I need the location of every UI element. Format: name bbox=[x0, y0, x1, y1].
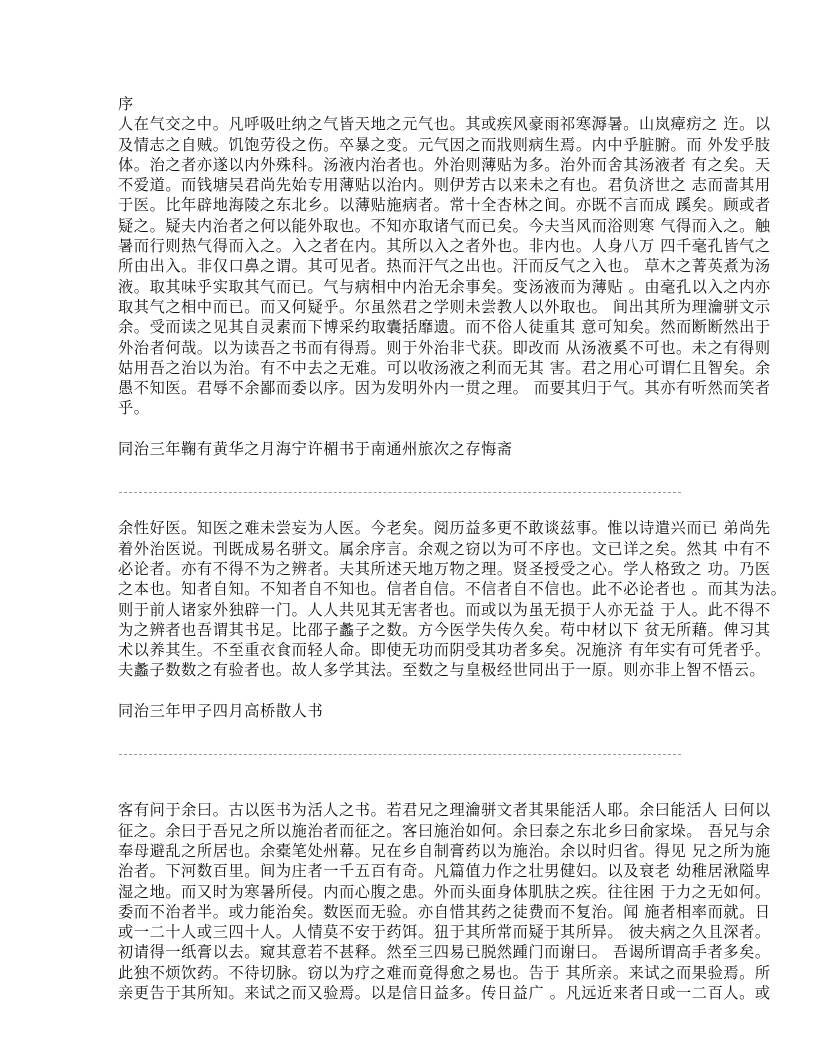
text-line: 姑用吾之治以为治。有不中去之无难。可以收汤液之利而无其 害。君之用心可谓仁且智矣… bbox=[118, 358, 698, 378]
preface-section-2: 余性好医。知医之难未尝妄为人医。今老矣。阅历益多更不敢谈兹事。惟以诗遣兴而已 弟… bbox=[118, 518, 698, 721]
text-line: 暑而行则热气得而入之。入之者在内。其所以入之者外也。非内也。人身八万 四千毫孔皆… bbox=[118, 236, 698, 256]
text-line: 取其气之相中而已。而又何疑乎。尔虽然君之学则未尝教人以外取也。 间出其所为理瀹骈… bbox=[118, 297, 698, 317]
text-line: 委而不治者半。或力能治矣。数医而无验。亦自惜其药之徒费而不复治。闻 施者相率而就… bbox=[118, 902, 698, 922]
text-line: 所由出入。非仅口鼻之谓。其可见者。热而汗气之出也。汗而反气之入也。 草木之菁英煮… bbox=[118, 256, 698, 276]
text-line: 余。受而读之见其自灵素而下博采约取囊括靡遗。而不俗人徒重其 意可知矣。然而断断然… bbox=[118, 317, 698, 337]
text-line: 之本也。知者自知。不知者自不知也。信者自信。不信者自不信也。此不必论者也 。而其… bbox=[118, 579, 698, 599]
text-line: 人在气交之中。凡呼吸吐纳之气皆天地之元气也。其或疾风豪雨祁寒溽暑。山岚瘴疠之 迕… bbox=[118, 114, 698, 134]
text-line: 奉母避乱之所居也。余橐笔处州幕。兄在乡自制膏药以为施治。余以时归省。得见 兄之所… bbox=[118, 841, 698, 861]
text-line: 术以养其生。不至重衣食而轻人命。即使无功而阴受其功者多矣。况施济 有年实有可凭者… bbox=[118, 640, 698, 660]
signature-line: 同治三年鞠有黄华之月海宁许楣书于南通州旅次之存悔斋 bbox=[118, 439, 698, 459]
text-line: 初请得一纸膏以去。窥其意若不甚释。然至三四易已脱然踵门而谢曰。 吾谒所谓高手者多… bbox=[118, 942, 698, 962]
document-page: 序 人在气交之中。凡呼吸吐纳之气皆天地之元气也。其或疾风豪雨祁寒溽暑。山岚瘴疠之… bbox=[118, 94, 698, 1003]
text-line: 余性好医。知医之难未尝妄为人医。今老矣。阅历益多更不敢谈兹事。惟以诗遣兴而已 弟… bbox=[118, 518, 698, 538]
text-line: 为之辨者也吾谓其书足。比邵子蠡子之数。方今医学失传久矣。苟中材以下 贫无所藉。俾… bbox=[118, 620, 698, 640]
text-line: 夫蠡子数数之有验者也。故人多学其法。至数之与皇极经世同出于一原。则亦非上智不悟云… bbox=[118, 660, 698, 680]
text-line: 则于前人诸家外独辟一门。人人共见其无害者也。而或以为虽无损于人亦无益 于人。此不… bbox=[118, 600, 698, 620]
text-line: 必论者。亦有不得不为之辨者。夫其所述天地万物之理。贤圣授受之心。学人格致之 功。… bbox=[118, 559, 698, 579]
text-line: 征之。余曰于吾兄之所以施治者而征之。客曰施治如何。余曰泰之东北乡曰俞家垛。 吾兄… bbox=[118, 821, 698, 841]
preface-section-3: 客有问于余曰。古以医书为活人之书。若君兄之理瀹骈文者其果能活人耶。余曰能活人 曰… bbox=[118, 800, 698, 1003]
text-line: 亲更告于其所知。来试之而又验焉。以是信日益多。传日益广 。凡远近来者日或一二百人… bbox=[118, 983, 698, 1003]
text-line: 或一二十人或三四十人。人情莫不安于药饵。狃于其所常而疑于其所异。 彼夫病之久且深… bbox=[118, 922, 698, 942]
text-line: 体。治之者亦遂以内外殊科。汤液内治者也。外治则薄贴为多。治外而舍其汤液者 有之矣… bbox=[118, 155, 698, 175]
text-line: 此独不烦饮药。不待切脉。窃以为疗之难而竟得愈之易也。告于 其所亲。来试之而果验焉… bbox=[118, 963, 698, 983]
text-line: 于医。比年辟地海陵之东北乡。以薄贴施病者。常十全杏林之间。亦既不言而成 蹊矣。顾… bbox=[118, 195, 698, 215]
text-line: 湿之地。而又时为寒暑所侵。内而心腹之患。外而头面身体肌肤之疾。往往困 于力之无如… bbox=[118, 882, 698, 902]
text-line: 治者。下河数百里。间为庄者一千五百有奇。凡篇值力作之壮男健妇。以及衰老 幼稚居湫… bbox=[118, 861, 698, 881]
text-line: 及情志之自贼。饥饱劳役之伤。卒暴之变。元气因之而戕则病生焉。内中乎脏腑。而 外发… bbox=[118, 135, 698, 155]
preface-heading: 序 bbox=[118, 94, 698, 114]
text-line: 愚不知医。君辱不余鄙而委以序。因为发明外内一贯之理。 而要其归于气。其亦有听然而… bbox=[118, 378, 698, 398]
text-line: 疑之。疑夫内治者之何以能外取也。不知亦取诸气而已矣。今夫当风而浴则寒 气得而入之… bbox=[118, 216, 698, 236]
text-line: 液。取其味乎实取其气而已。气与病相中内治无余事矣。变汤液而为薄贴 。由毫孔以入之… bbox=[118, 277, 698, 297]
text-line: 客有问于余曰。古以医书为活人之书。若君兄之理瀹骈文者其果能活人耶。余曰能活人 曰… bbox=[118, 800, 698, 820]
signature-line: 同治三年甲子四月高桥散人书 bbox=[118, 701, 698, 721]
text-line: 乎。 bbox=[118, 398, 698, 418]
preface-section-1: 人在气交之中。凡呼吸吐纳之气皆天地之元气也。其或疾风豪雨祁寒溽暑。山岚瘴疠之 迕… bbox=[118, 114, 698, 459]
text-line: 外治者何哉。以为读吾之书而有得焉。则于外治非弋获。即改而 从汤液奚不可也。未之有… bbox=[118, 338, 698, 358]
text-line: 着外治医说。刊既成易名骈文。属余序言。余观之窃以为可不序也。文已详之矣。然其 中… bbox=[118, 539, 698, 559]
text-line: 不爱道。而钱塘吴君尚先始专用薄贴以治内。则伊芳古以来未之有也。君负济世之 志而啬… bbox=[118, 175, 698, 195]
